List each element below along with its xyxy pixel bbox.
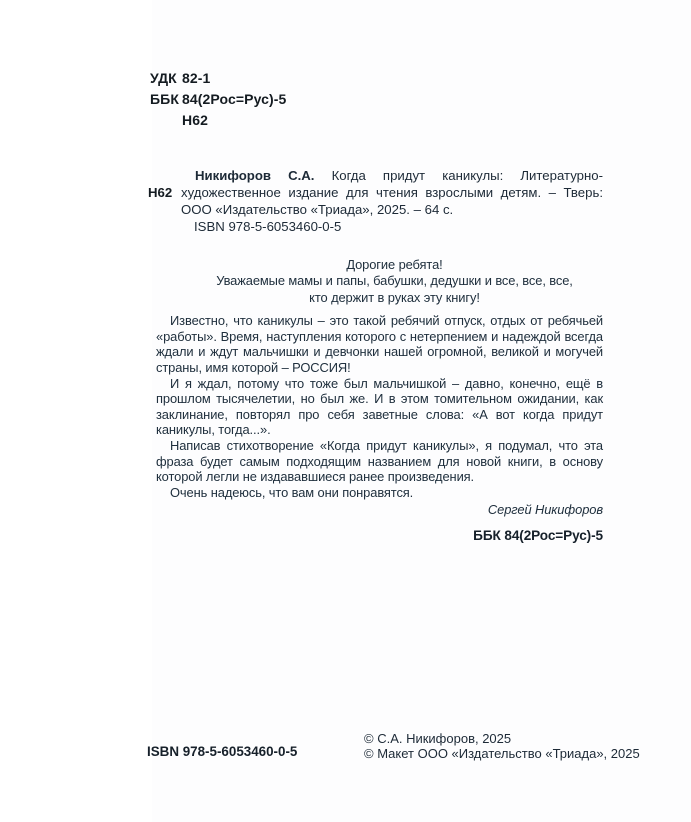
foreword-paragraph-1: Известно, что каникулы – это такой ребяч… (156, 313, 603, 375)
foreword-paragraph-4: Очень надеюсь, что вам они понравятся. (156, 485, 603, 501)
copyright-line-author: © С.А. Никифоров, 2025 (364, 731, 640, 746)
annotation-author: Никифоров С.А. (195, 168, 314, 183)
bbk-value: 84(2Рос=Рус)-5 (182, 89, 286, 110)
bbk-label: ББК (150, 89, 182, 110)
author-sign-spacer (150, 110, 182, 131)
udk-row: УДК 82-1 (150, 68, 286, 89)
author-signature: Сергей Никифоров (156, 502, 603, 518)
salutation-line-1: Дорогие ребята! (186, 257, 603, 273)
annotation-text: Никифоров С.А. Когда придут каникулы: Ли… (181, 167, 603, 218)
book-imprint-page: УДК 82-1 ББК 84(2Рос=Рус)-5 Н62 Н62 Ники… (0, 0, 691, 822)
bbk-row: ББК 84(2Рос=Рус)-5 (150, 89, 286, 110)
salutation-line-3: кто держит в руках эту книгу! (186, 290, 603, 306)
bbk-footer: ББК 84(2Рос=Рус)-5 (156, 528, 603, 544)
bibliographic-record: Н62 Никифоров С.А. Когда придут каникулы… (181, 167, 603, 235)
salutation-line-2: Уважаемые мамы и папы, бабушки, дедушки … (186, 273, 603, 289)
copyright-line-publisher: © Макет ООО «Издательство «Триада», 2025 (364, 746, 640, 761)
annotation-isbn: ISBN 978-5-6053460-0-5 (194, 218, 603, 235)
udk-bbk-block: УДК 82-1 ББК 84(2Рос=Рус)-5 Н62 (150, 68, 286, 131)
udk-value: 82-1 (182, 68, 210, 89)
foreword-paragraph-2: И я ждал, потому что тоже был мальчишкой… (156, 376, 603, 438)
author-sign-margin-code: Н62 (148, 184, 172, 201)
author-sign-value: Н62 (182, 110, 208, 131)
copyright-block: © С.А. Никифоров, 2025 © Макет ООО «Изда… (364, 731, 640, 761)
footer-isbn: ISBN 978-5-6053460-0-5 (147, 744, 297, 759)
author-sign-row: Н62 (150, 110, 286, 131)
foreword-paragraph-3: Написав стихотворение «Когда придут кани… (156, 438, 603, 485)
udk-label: УДК (150, 68, 182, 89)
foreword: Дорогие ребята! Уважаемые мамы и папы, б… (156, 257, 603, 544)
foreword-salutation: Дорогие ребята! Уважаемые мамы и папы, б… (156, 257, 603, 306)
